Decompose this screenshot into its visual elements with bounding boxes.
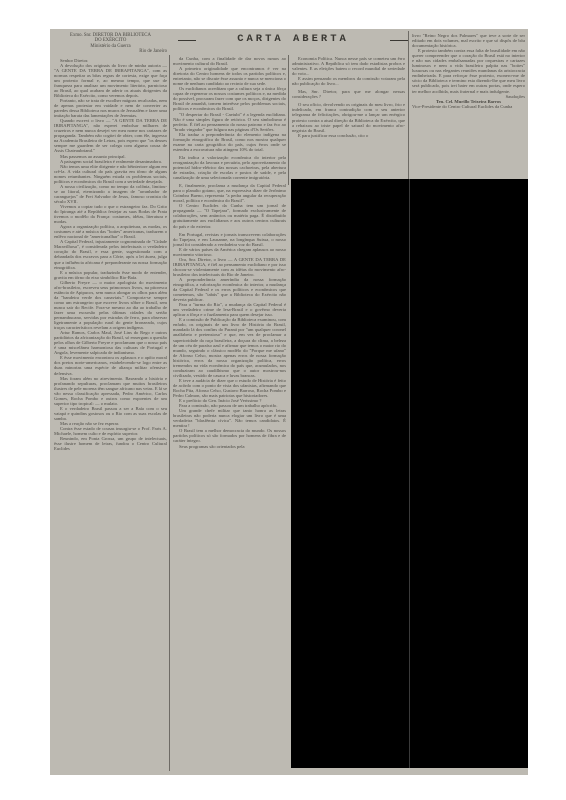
- paragraph: Em Portugal, revistas e jornais transcre…: [173, 232, 286, 247]
- column-4: livro "Reino Negro dos Palmares" que tev…: [412, 33, 525, 109]
- place: Rio de Janeiro: [54, 49, 167, 54]
- paragraph: Para a "turma do Rio", a mudança da Capi…: [173, 302, 286, 317]
- paragraph: Não temos uma elite dirigente e não bêin…: [54, 164, 167, 184]
- column-3: Economia Política. Nunca nesse país se c…: [292, 56, 405, 138]
- redaction-divider: [409, 179, 410, 768]
- paragraph: Ela traduz a preponderância do elemento …: [173, 132, 286, 152]
- paragraph: A preponderância ameríndia da nossa form…: [173, 277, 286, 302]
- article-title: CARTA ABERTA: [178, 33, 408, 45]
- signature-role: Vice-Presidente do Centro Cultural Eucli…: [412, 104, 525, 109]
- column-rule: [288, 55, 289, 185]
- paragraph: Quando escrevi o livro — "A GENTE DA TER…: [54, 118, 167, 153]
- column-rule: [169, 55, 170, 771]
- paragraph: Ela indica a valorização econômica do in…: [173, 155, 286, 180]
- paragraph: da Cunha, com a finalidade de dar novos …: [173, 56, 286, 66]
- column-1: Exmo. Snr. DIRETOR DA BIBLIOTECA DO EXÉR…: [54, 33, 167, 451]
- paragraph: A Capital Federal, injustamente cognomin…: [54, 239, 167, 269]
- paragraph: O Brasil tem a melhor democracia do mund…: [173, 428, 286, 443]
- column-2: da Cunha, com a finalidade de dar novos …: [173, 56, 286, 449]
- paragraph: Ora, Snr. Diretor, o livro — A GENTE DA …: [173, 257, 286, 277]
- paragraph: O Centro Euclides da Cunha tem um jornal…: [173, 203, 286, 228]
- paragraph: Gilberto Freyre — o maior apologista do …: [54, 280, 167, 330]
- paragraph: E, finalmente, proclama a mudança da Cap…: [173, 183, 286, 203]
- paragraph: Reunindo, em Ponta Grossa, um grupo de i…: [54, 436, 167, 451]
- paragraph: Agora a organização política, a arquitet…: [54, 224, 167, 239]
- paragraph: A devolução dos originais do livro de mi…: [54, 63, 167, 98]
- paragraph: Artur Ramos, Carlos Maul, José Lins do R…: [54, 330, 167, 355]
- paragraph: Mas, Snr. Diretor, para que me alongar n…: [292, 89, 405, 99]
- paragraph: Contra êsse estado de cousas insurgiu-se…: [54, 426, 167, 436]
- letter-header: Exmo. Snr. DIRETOR DA BIBLIOTECA DO EXÉR…: [54, 33, 167, 55]
- paragraph: A paisagem social brasileira é realmente…: [54, 159, 167, 164]
- paragraph: E êsse movimento encontrou os aplausos e…: [54, 355, 167, 375]
- paragraph: E teve a audácia de dizer que o estudo d…: [173, 378, 286, 398]
- paragraph: E de vários países da América chegam apl…: [173, 247, 286, 257]
- paragraph: E assim pensando os membros da comissão …: [292, 76, 405, 86]
- column-rule: [408, 31, 409, 181]
- paragraph: A nossa civilização, como no tempo da co…: [54, 184, 167, 204]
- paragraph: E o verdadeiro Brasil passou a ser a Baí…: [54, 406, 167, 421]
- paragraph: Seus programas são orientados pela: [173, 444, 286, 449]
- paragraph: Um grande chefe militar que tanto honra …: [173, 408, 286, 428]
- newspaper-page: CARTA ABERTA Exmo. Snr. DIRETOR DA BIBLI…: [50, 29, 528, 775]
- paragraph: Economia Política. Nunca nesse país se c…: [292, 56, 405, 76]
- paragraph: Mas foram além no atrevimento. Baseando …: [54, 376, 167, 406]
- paragraph: E protesto também contra essa falta de b…: [412, 48, 525, 93]
- paragraph: E a comissão de Publicação da Biblioteca…: [173, 317, 286, 378]
- paragraph: E a música popular, traduzindo êsse modo…: [54, 270, 167, 280]
- paragraph: E para justificar essa conclusão, cito o: [292, 133, 405, 138]
- paragraph: O seu ofício, devolvendo os originais do…: [292, 102, 405, 132]
- paragraph: livro "Reino Negro dos Palmares" que tev…: [412, 33, 525, 48]
- paragraph: Portanto, não se trata de escolher mágoa…: [54, 98, 167, 118]
- paragraph: A primeira originalidade que encontramos…: [173, 66, 286, 86]
- paragraph: Vivemos a copiar tudo o que o estrangeir…: [54, 204, 167, 224]
- paragraph: "O despertar do Brasil - Caeiubi" é a le…: [173, 112, 286, 132]
- paragraph: Os euclidianos acreditam que a cultura s…: [173, 86, 286, 111]
- title-dash-right: [390, 40, 408, 41]
